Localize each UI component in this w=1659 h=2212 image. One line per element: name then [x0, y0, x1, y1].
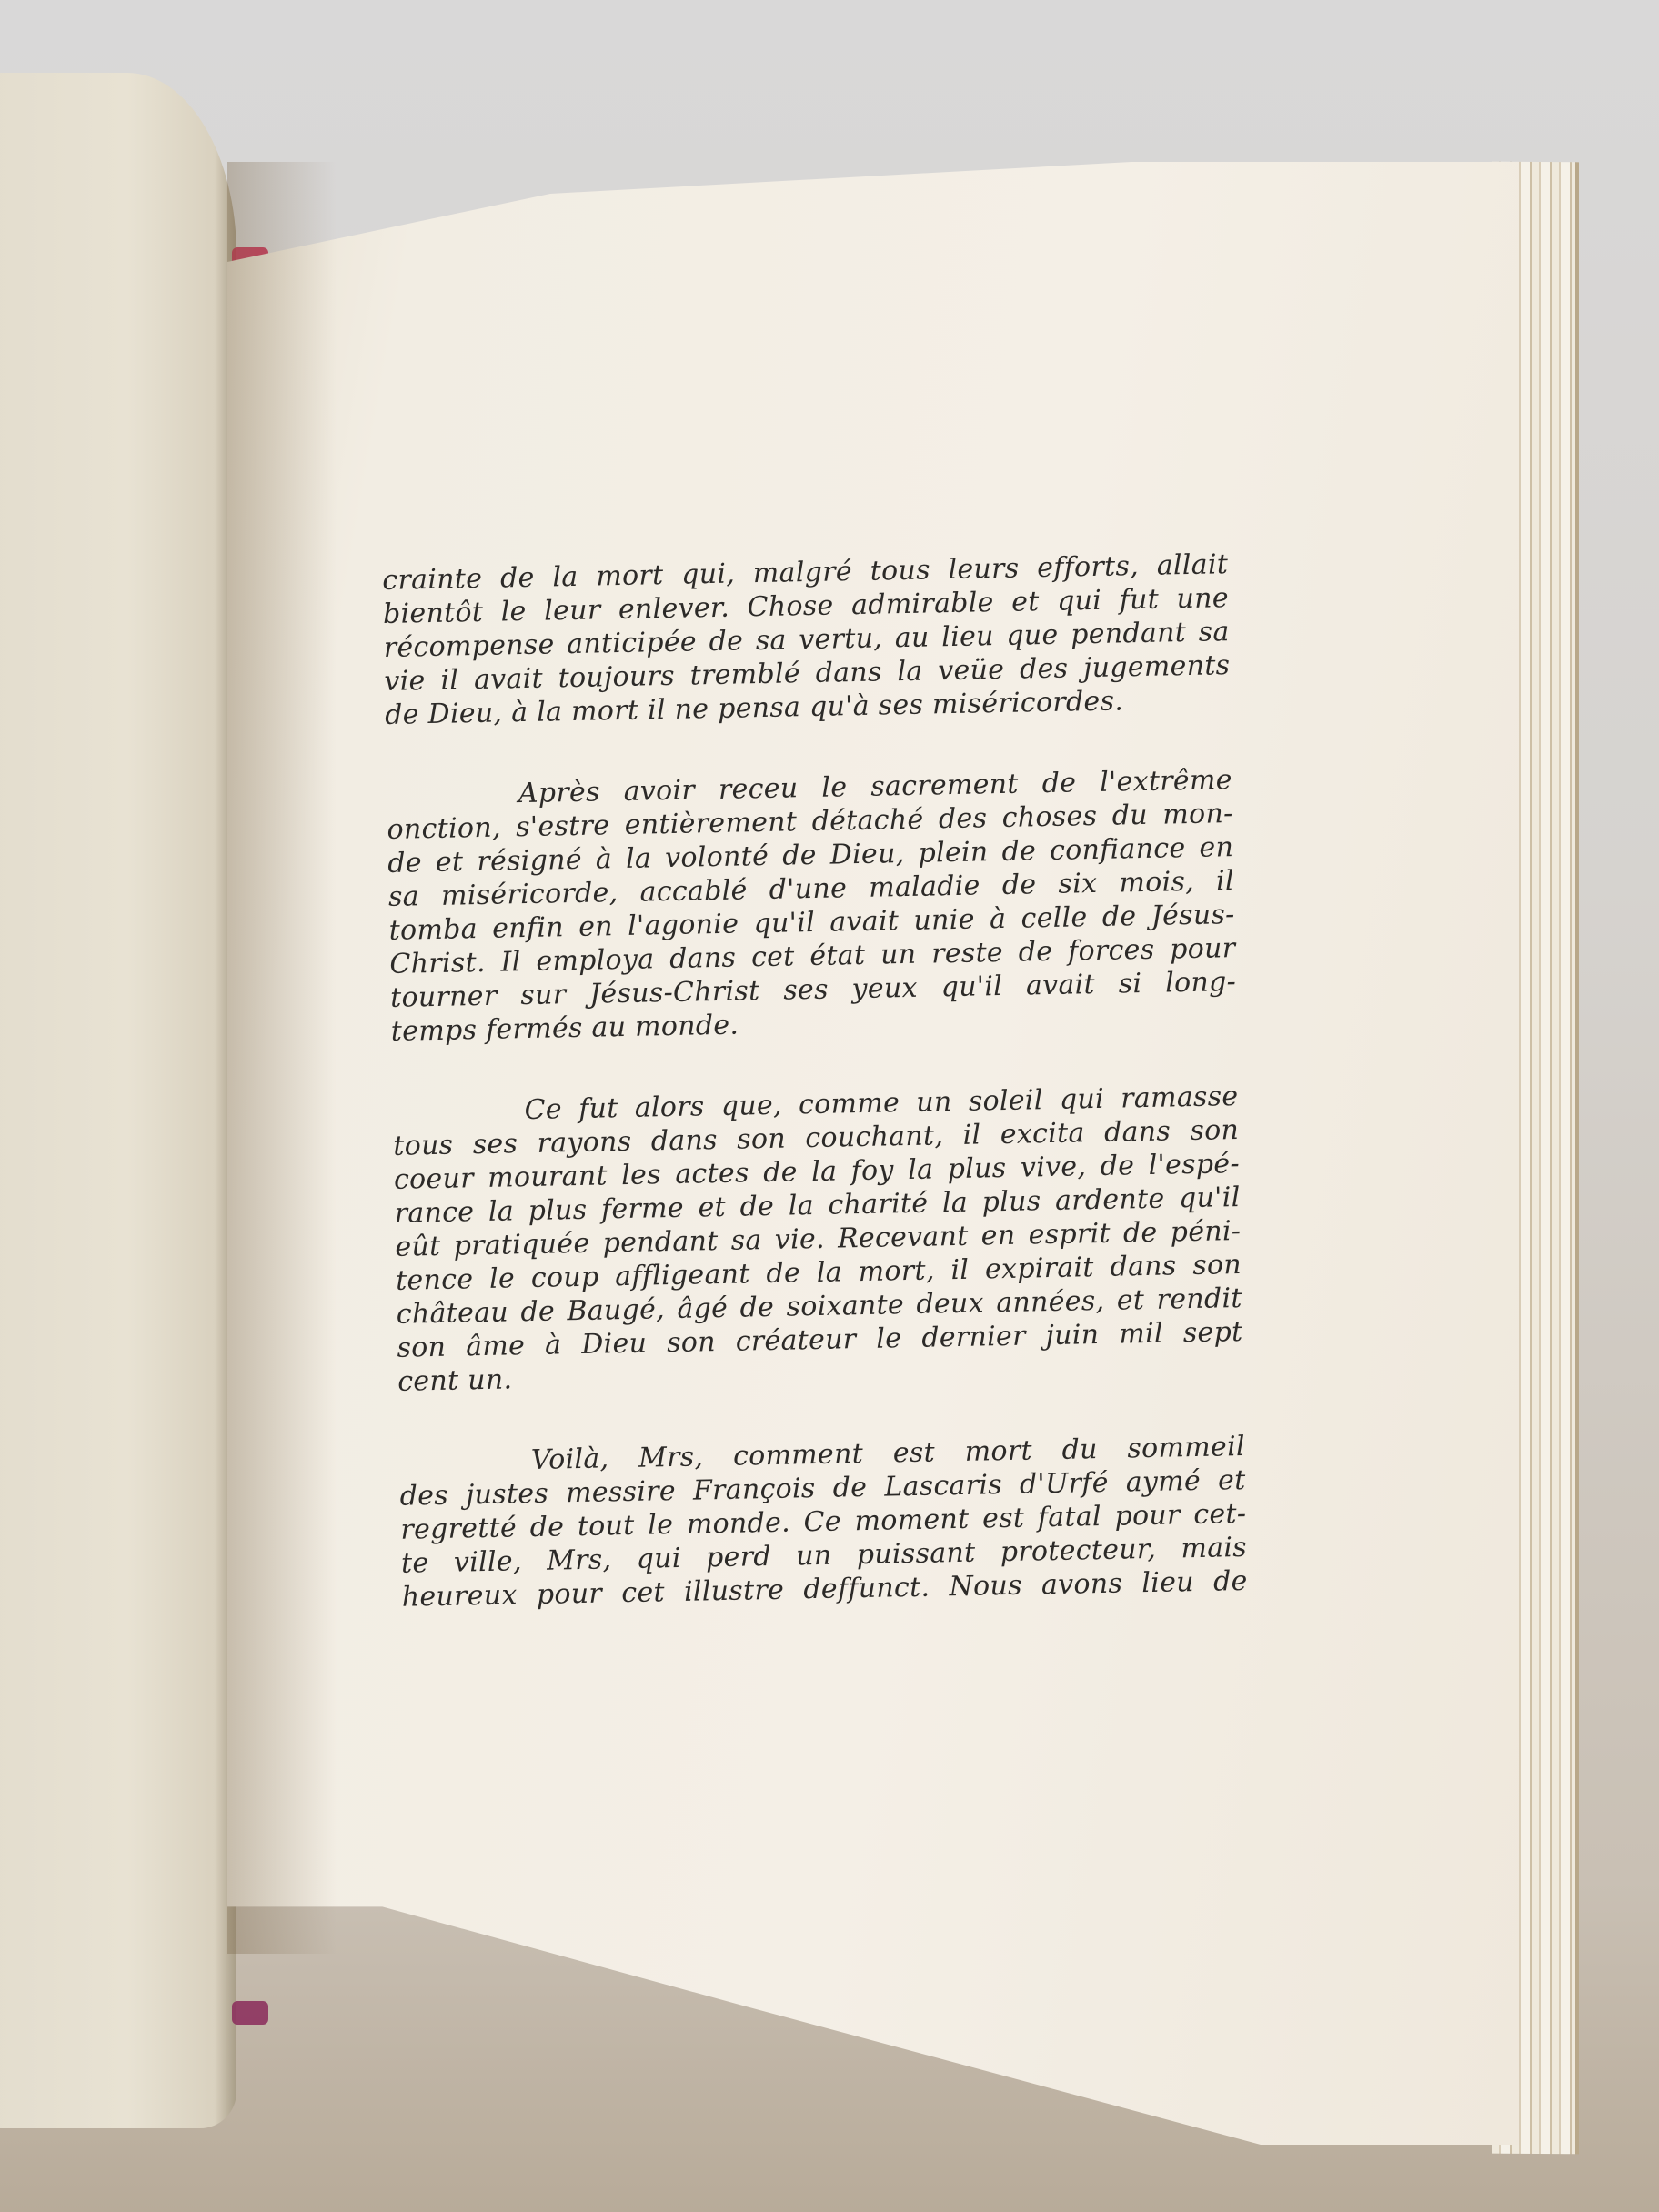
paragraph-4: Voilà, Mrs, comment est mort du sommeil … — [399, 1430, 1248, 1614]
left-page — [0, 73, 236, 2128]
page-text: crainte de la mort qui, malgré tous leur… — [382, 548, 1249, 1662]
paragraph-2: Après avoir receu le sacrement de l'extr… — [387, 763, 1238, 1049]
paragraph-1: crainte de la mort qui, malgré tous leur… — [382, 548, 1231, 732]
cover-ribbon-bottom — [232, 2001, 268, 2025]
photo-scene: crainte de la mort qui, malgré tous leur… — [0, 0, 1659, 2212]
paragraph-3: Ce fut alors que, comme un soleil qui ra… — [392, 1080, 1243, 1399]
